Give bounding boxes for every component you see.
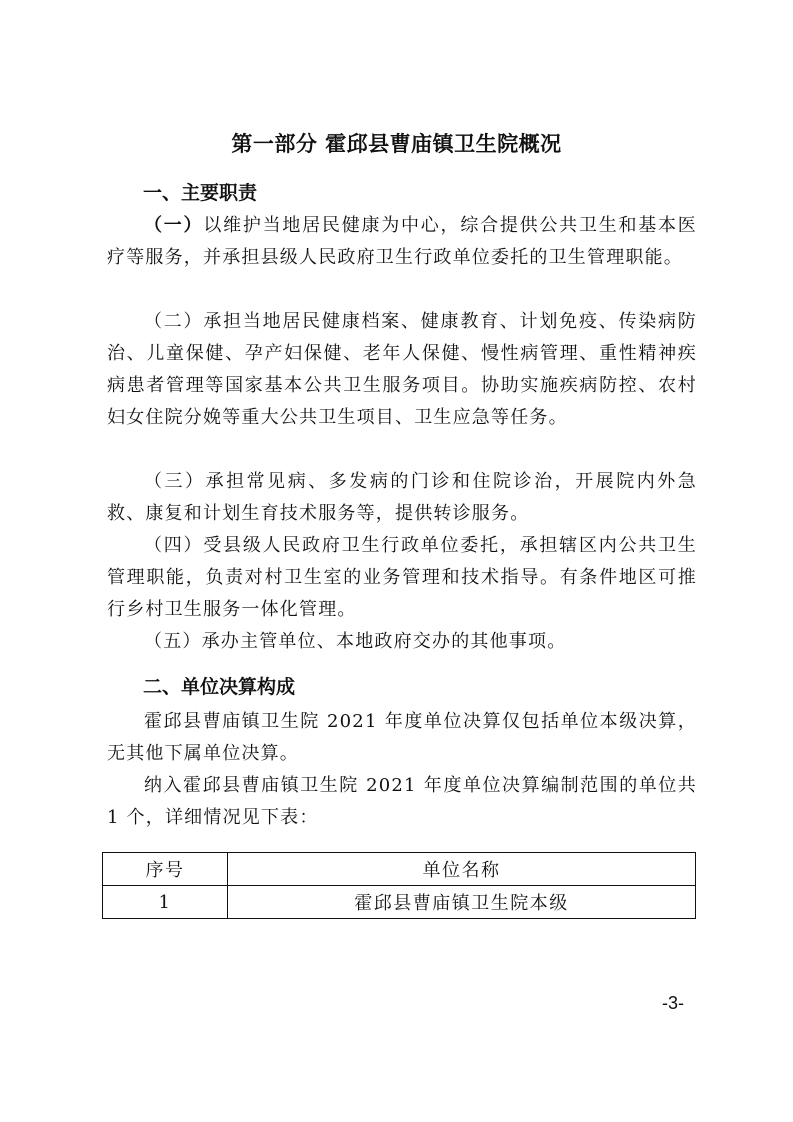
section-heading-duties: 一、主要职责 [143,178,257,205]
paragraph-lead: （二） [144,311,203,332]
unit-table: 序号 单位名称 1 霍邱县曹庙镇卫生院本级 [102,852,696,919]
duty-paragraph-3: （三）承担常见病、多发病的门诊和住院诊治，开展院内外急救、康复和计划生育技术服务… [107,466,697,530]
table-row: 1 霍邱县曹庙镇卫生院本级 [103,886,696,919]
duty-paragraph-5: （五）承办主管单位、本地政府交办的其他事项。 [107,626,697,658]
header-unit-name: 单位名称 [228,853,696,886]
duty-paragraph-4: （四）受县级人民政府卫生行政单位委托，承担辖区内公共卫生管理职能，负责对村卫生室… [107,530,697,626]
paragraph-lead: （三） [144,471,206,492]
composition-paragraph-1: 霍邱县曹庙镇卫生院 2021 年度单位决算仅包括单位本级决算，无其他下属单位决算… [107,706,697,770]
section-heading-composition: 二、单位决算构成 [143,672,295,699]
page-number: -3- [662,993,684,1014]
table-header-row: 序号 单位名称 [103,853,696,886]
paragraph-text: 纳入霍邱县曹庙镇卫生院 2021 年度单位决算编制范围的单位共 1 个，详细情况… [107,775,697,828]
duty-paragraph-1: （一）以维护当地居民健康为中心，综合提供公共卫生和基本医疗等服务，并承担县级人民… [107,210,697,274]
duty-paragraph-2: （二）承担当地居民健康档案、健康教育、计划免疫、传染病防治、儿童保健、孕产妇保健… [107,306,697,434]
paragraph-lead: （四） [144,535,203,556]
paragraph-text: 承办主管单位、本地政府交办的其他事项。 [202,631,567,652]
composition-paragraph-2: 纳入霍邱县曹庙镇卫生院 2021 年度单位决算编制范围的单位共 1 个，详细情况… [107,770,697,834]
paragraph-lead: （一） [144,215,203,236]
paragraph-text: 霍邱县曹庙镇卫生院 2021 年度单位决算仅包括单位本级决算，无其他下属单位决算… [107,711,697,764]
paragraph-lead: （五） [144,631,202,652]
cell-unit-name: 霍邱县曹庙镇卫生院本级 [228,886,696,919]
page-title: 第一部分 霍邱县曹庙镇卫生院概况 [0,128,793,158]
header-serial: 序号 [103,853,228,886]
cell-serial: 1 [103,886,228,919]
